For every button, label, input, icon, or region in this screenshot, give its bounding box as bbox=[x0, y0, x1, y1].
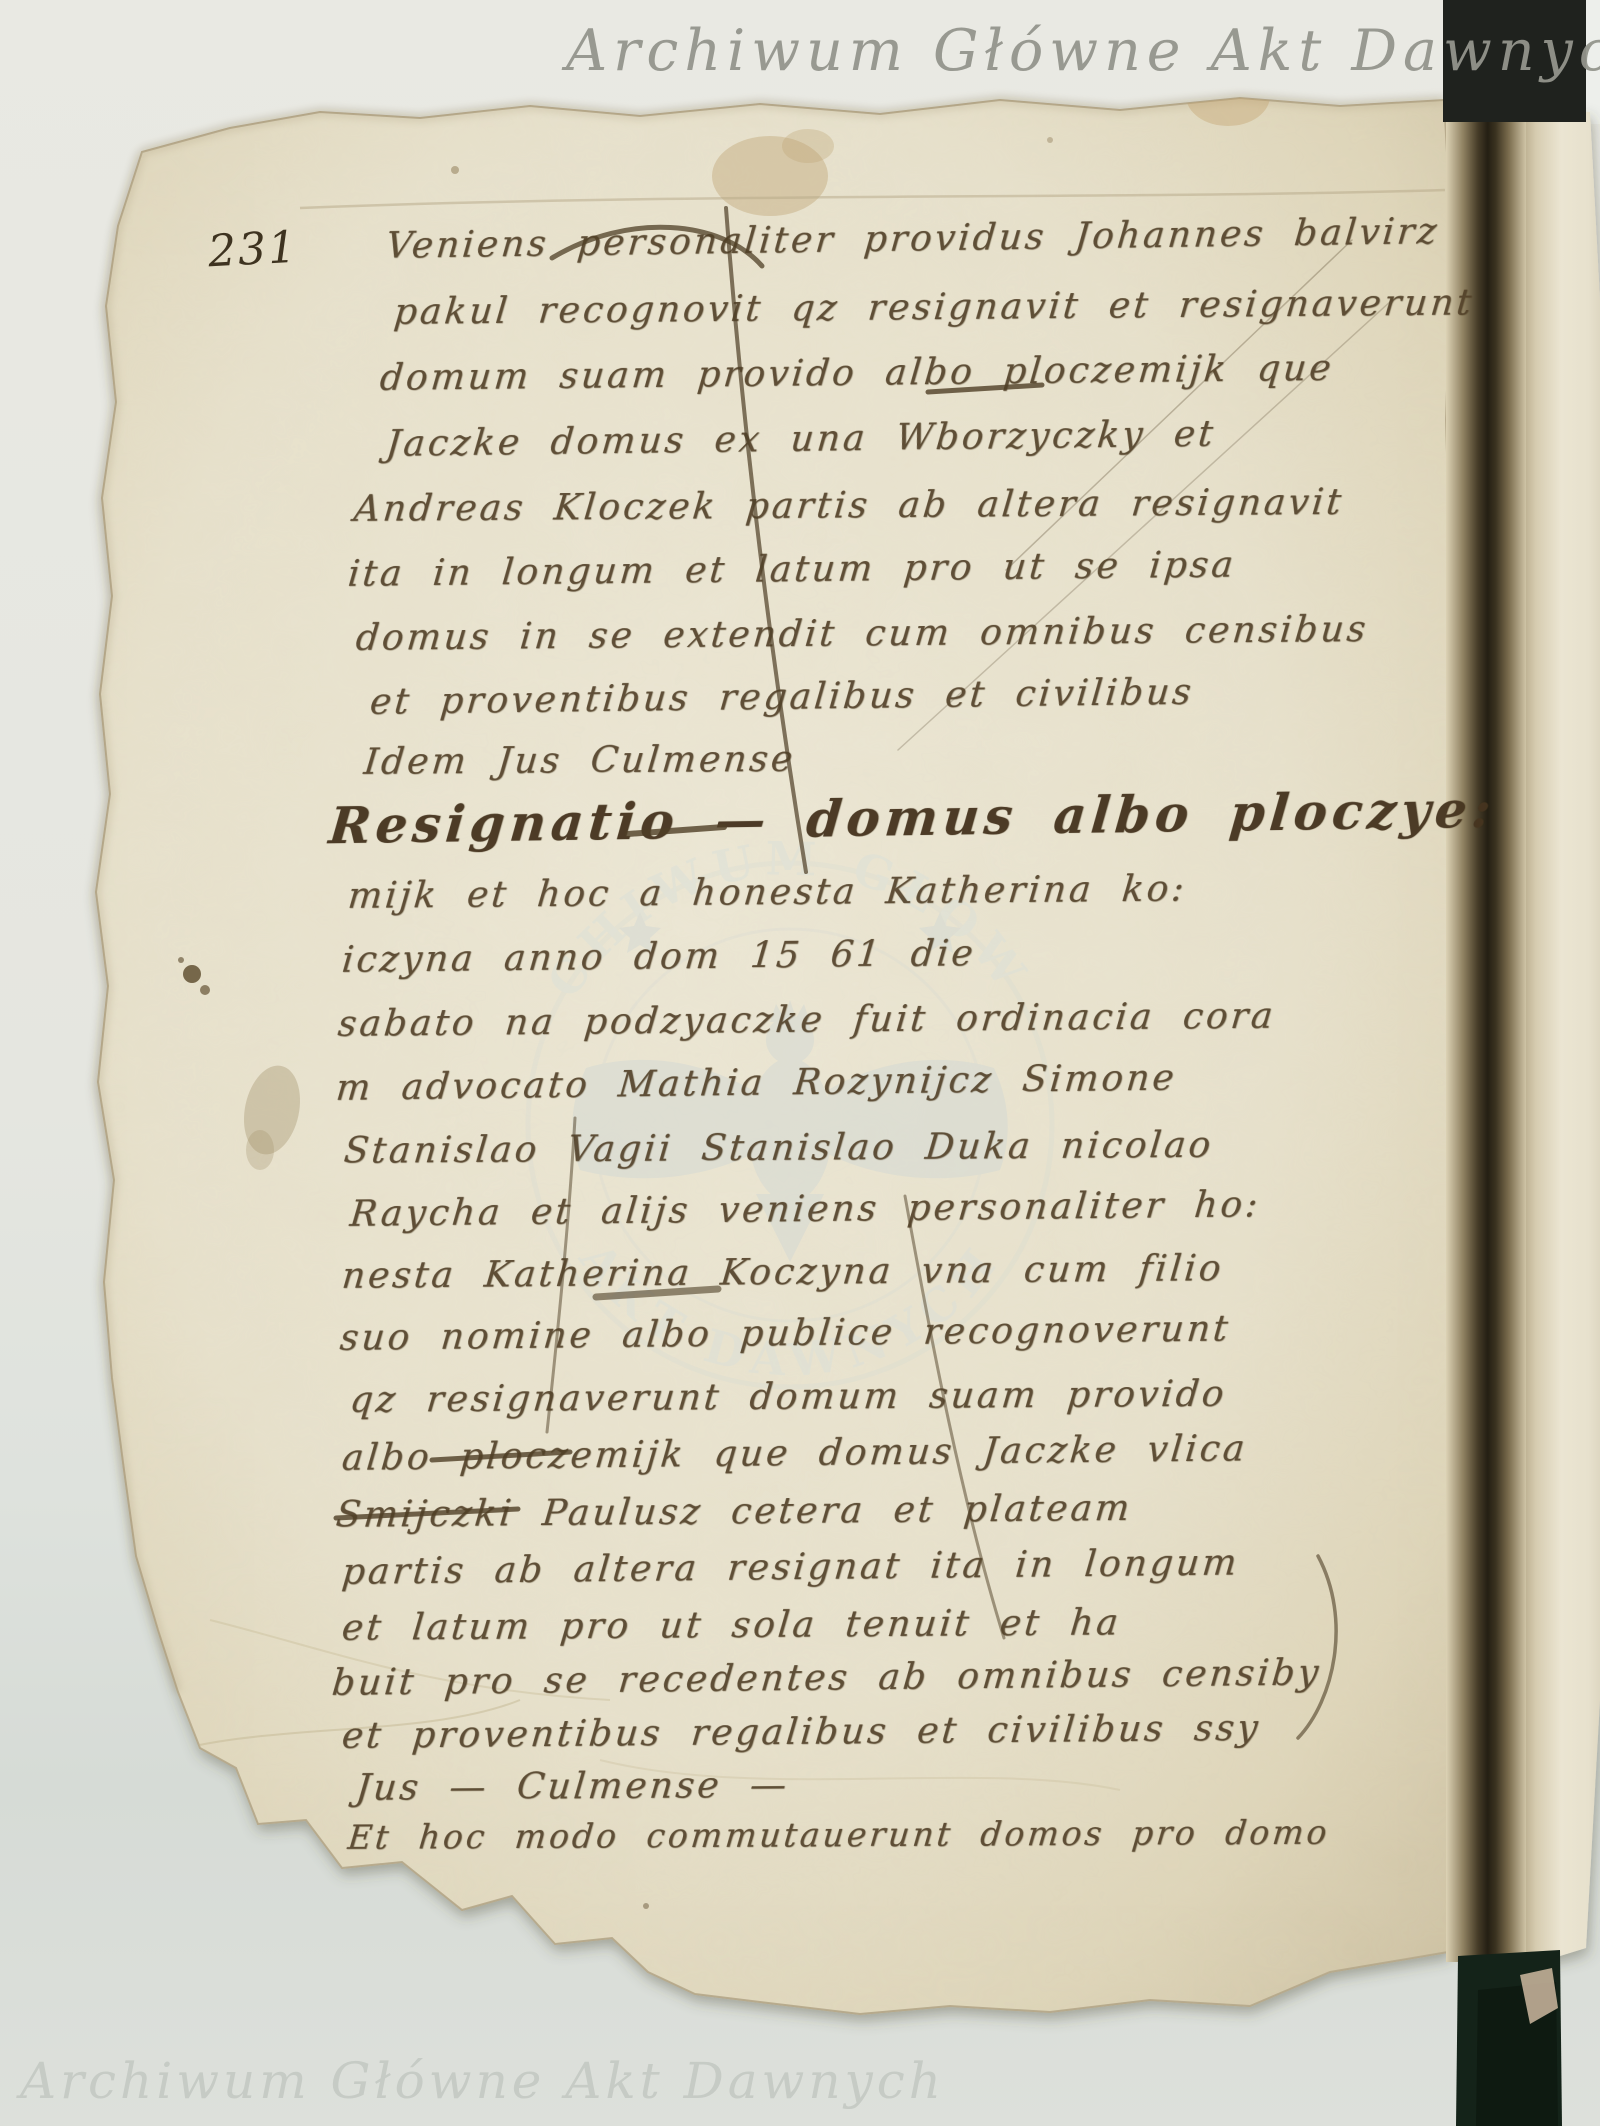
strikethrough-mark bbox=[336, 1509, 518, 1518]
cancellation-stroke bbox=[905, 1196, 1004, 1638]
hairline-scratch bbox=[1006, 240, 1352, 570]
cancellation-stroke bbox=[547, 1118, 575, 1432]
margin-flourish bbox=[1298, 1556, 1336, 1738]
archive-scan-page: ARCHIWUM GŁÓWNE AKT DAWNYCH bbox=[0, 0, 1600, 2126]
cancellation-stroke bbox=[726, 208, 806, 872]
strikethrough-mark bbox=[928, 385, 1042, 392]
strikethrough-mark bbox=[432, 1452, 570, 1460]
hairline-scratch bbox=[898, 300, 1392, 750]
ink-strokes-overlay bbox=[0, 0, 1600, 2126]
overwritten-word-mark bbox=[596, 1289, 718, 1297]
strikethrough-mark bbox=[628, 827, 724, 834]
